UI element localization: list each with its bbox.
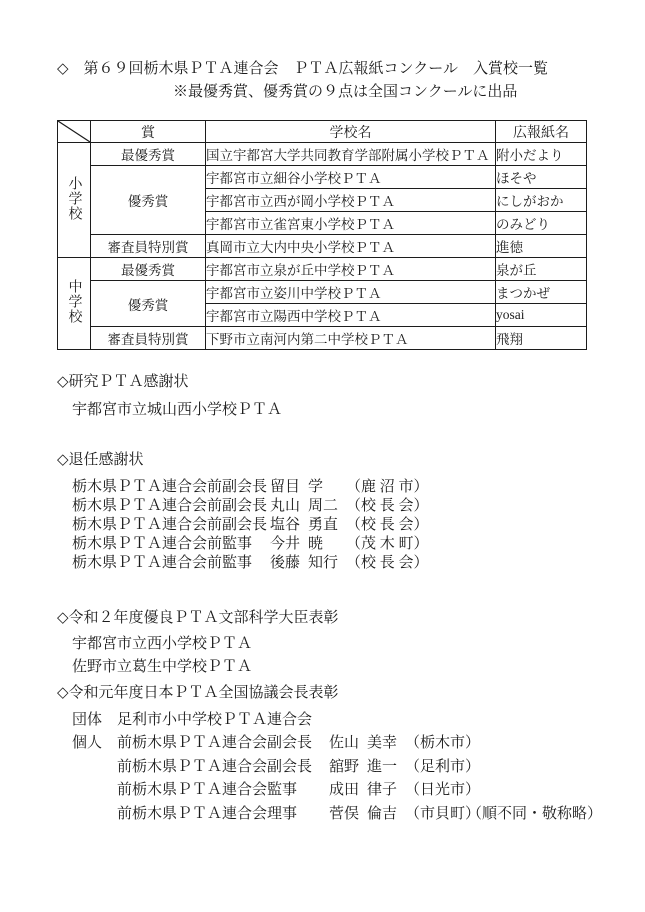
award-cell: 優秀賞 [91, 281, 206, 327]
table-row: 優秀賞 宇都宮市立細谷小学校ＰＴＡ ほそや [58, 166, 587, 189]
entry-affiliation: （校 長 会） [346, 517, 429, 533]
entry-affiliation: （日光市） [405, 782, 480, 798]
school-name-cell: 真岡市立大内中央小学校ＰＴＡ [206, 235, 496, 258]
document-page: ◇ 第６９回栃木県ＰＴＡ連合会 ＰＴＡ広報紙コンクール 入賞校一覧 ※最優秀賞、… [0, 0, 645, 912]
entry-affiliation: （鹿 沼 市） [346, 479, 429, 495]
newsletter-name-cell: 附小だより [496, 143, 587, 166]
entry-surname: 今井 [270, 535, 308, 554]
page-subtitle: ※最優秀賞、優秀賞の９点は全国コンクールに出品 [173, 81, 548, 104]
recipient: 佐野市立葛生中学校ＰＴＡ [72, 656, 339, 679]
entry-given-name: 美幸 [367, 732, 405, 755]
award-cell: 最優秀賞 [91, 258, 206, 281]
awards-table: 賞 学校名 広報紙名 小学校 最優秀賞 国立宇都宮大学共同教育学部附属小学校ＰＴ… [57, 120, 587, 350]
column-header-school: 学校名 [206, 121, 496, 143]
entry-given-name: 知行 [308, 554, 346, 573]
individual-entry: 前栃木県ＰＴＡ連合会副会長舘野進一（足利市） [72, 756, 480, 779]
retirement-entry: 栃木県ＰＴＡ連合会前副会長塩谷勇直（校 長 会） [72, 516, 429, 535]
entry-role: 前栃木県ＰＴＡ連合会副会長 [117, 732, 329, 755]
section-heading: ◇研究ＰＴＡ感謝状 [57, 372, 282, 392]
entry-surname: 菅俣 [329, 803, 367, 826]
entry-affiliation: （茂 木 町） [346, 536, 429, 552]
recipient: 宇都宮市立城山西小学校ＰＴＡ [72, 399, 282, 421]
recipient: 宇都宮市立西小学校ＰＴＡ [72, 633, 339, 656]
entry-given-name: 倫吉 [367, 803, 405, 826]
section-retirement: ◇退任感謝状 栃木県ＰＴＡ連合会前副会長留目学（鹿 沼 市） 栃木県ＰＴＡ連合会… [57, 450, 429, 573]
entry-surname: 留目 [270, 478, 308, 497]
newsletter-name-cell: のみどり [496, 212, 587, 235]
recipient: 足利市小中学校ＰＴＡ連合会 [117, 712, 312, 728]
table-row: 審査員特別賞 下野市立南河内第二中学校ＰＴＡ 飛翔 [58, 327, 587, 350]
group-recipient-row: 団体足利市小中学校ＰＴＡ連合会 [72, 709, 480, 732]
title-block: ◇ 第６９回栃木県ＰＴＡ連合会 ＰＴＡ広報紙コンクール 入賞校一覧 ※最優秀賞、… [57, 58, 548, 104]
award-cell: 優秀賞 [91, 166, 206, 235]
award-cell: 審査員特別賞 [91, 327, 206, 350]
newsletter-name-cell: 進徳 [496, 235, 587, 258]
order-disclaimer: （順不同・敬称略） [467, 803, 602, 826]
award-cell: 最優秀賞 [91, 143, 206, 166]
section-heading: ◇令和元年度日本ＰＴＡ全国協議会長表彰 [57, 683, 480, 703]
newsletter-name-cell: まつかぜ [496, 281, 587, 304]
entry-given-name: 周二 [308, 497, 346, 516]
newsletter-name-cell: にしがおか [496, 189, 587, 212]
entry-surname: 佐山 [329, 732, 367, 755]
table-row: 審査員特別賞 真岡市立大内中央小学校ＰＴＡ 進徳 [58, 235, 587, 258]
section-heading: ◇令和２年度優良ＰＴＡ文部科学大臣表彰 [57, 608, 339, 628]
entry-affiliation: （校 長 会） [346, 498, 429, 514]
school-name-cell: 宇都宮市立泉が丘中学校ＰＴＡ [206, 258, 496, 281]
entry-role: 栃木県ＰＴＡ連合会前監事 [72, 554, 270, 573]
school-level-label: 小学校 [67, 176, 82, 221]
newsletter-name-cell: ほそや [496, 166, 587, 189]
column-header-newsletter: 広報紙名 [496, 121, 587, 143]
table-corner-cell [58, 121, 91, 143]
entry-given-name: 学 [308, 478, 346, 497]
individual-entry: 前栃木県ＰＴＡ連合会監事成田律子（日光市） [72, 779, 480, 802]
entry-given-name: 勇直 [308, 516, 346, 535]
table-row: 小学校 最優秀賞 国立宇都宮大学共同教育学部附属小学校ＰＴＡ 附小だより [58, 143, 587, 166]
entry-role: 栃木県ＰＴＡ連合会前監事 [72, 535, 270, 554]
newsletter-name-cell: yosai [496, 304, 587, 327]
table-row: 優秀賞 宇都宮市立姿川中学校ＰＴＡ まつかぜ [58, 281, 587, 304]
individual-entry: 個人前栃木県ＰＴＡ連合会副会長佐山美幸（栃木市） [72, 732, 480, 755]
school-level-label: 中学校 [67, 279, 82, 324]
page-title: ◇ 第６９回栃木県ＰＴＡ連合会 ＰＴＡ広報紙コンクール 入賞校一覧 [57, 58, 548, 81]
entry-affiliation: （足利市） [405, 759, 480, 775]
entry-given-name: 暁 [308, 535, 346, 554]
entry-given-name: 進一 [367, 756, 405, 779]
newsletter-name-cell: 泉が丘 [496, 258, 587, 281]
table-row: 中学校 最優秀賞 宇都宮市立泉が丘中学校ＰＴＡ 泉が丘 [58, 258, 587, 281]
table-header-row: 賞 学校名 広報紙名 [58, 121, 587, 143]
entry-surname: 成田 [329, 779, 367, 802]
diagonal-line-icon [58, 121, 90, 142]
retirement-entry: 栃木県ＰＴＡ連合会前監事後藤知行（校 長 会） [72, 554, 429, 573]
category-label: 個人 [72, 732, 117, 755]
entry-role: 栃木県ＰＴＡ連合会前副会長 [72, 516, 270, 535]
award-cell: 審査員特別賞 [91, 235, 206, 258]
entry-role: 前栃木県ＰＴＡ連合会監事 [117, 779, 329, 802]
school-name-cell: 下野市立南河内第二中学校ＰＴＡ [206, 327, 496, 350]
school-name-cell: 宇都宮市立姿川中学校ＰＴＡ [206, 281, 496, 304]
section-mext-commendation: ◇令和２年度優良ＰＴＡ文部科学大臣表彰 宇都宮市立西小学校ＰＴＡ 佐野市立葛生中… [57, 608, 339, 679]
school-level-cell: 中学校 [58, 258, 91, 350]
category-label: 団体 [72, 709, 117, 732]
section-research-pta: ◇研究ＰＴＡ感謝状 宇都宮市立城山西小学校ＰＴＡ [57, 372, 282, 421]
entry-role: 栃木県ＰＴＡ連合会前副会長 [72, 497, 270, 516]
entry-surname: 塩谷 [270, 516, 308, 535]
entry-role: 栃木県ＰＴＡ連合会前副会長 [72, 478, 270, 497]
entry-role: 前栃木県ＰＴＡ連合会理事 [117, 803, 329, 826]
school-name-cell: 国立宇都宮大学共同教育学部附属小学校ＰＴＡ [206, 143, 496, 166]
newsletter-name-cell: 飛翔 [496, 327, 587, 350]
entry-surname: 舘野 [329, 756, 367, 779]
entry-surname: 後藤 [270, 554, 308, 573]
section-national-commendation: ◇令和元年度日本ＰＴＡ全国協議会長表彰 団体足利市小中学校ＰＴＡ連合会 個人前栃… [57, 683, 480, 826]
entry-affiliation: （校 長 会） [346, 555, 429, 571]
retirement-entry: 栃木県ＰＴＡ連合会前副会長留目学（鹿 沼 市） [72, 478, 429, 497]
entry-surname: 丸山 [270, 497, 308, 516]
individual-entry: 前栃木県ＰＴＡ連合会理事菅俣倫吉（市貝町）（順不同・敬称略） [72, 803, 480, 826]
entry-affiliation: （栃木市） [405, 735, 480, 751]
entry-given-name: 律子 [367, 779, 405, 802]
retirement-entry: 栃木県ＰＴＡ連合会前監事今井暁（茂 木 町） [72, 535, 429, 554]
school-level-cell: 小学校 [58, 143, 91, 258]
school-name-cell: 宇都宮市立西が岡小学校ＰＴＡ [206, 189, 496, 212]
section-heading: ◇退任感謝状 [57, 450, 429, 470]
school-name-cell: 宇都宮市立細谷小学校ＰＴＡ [206, 166, 496, 189]
entry-role: 前栃木県ＰＴＡ連合会副会長 [117, 756, 329, 779]
retirement-entry: 栃木県ＰＴＡ連合会前副会長丸山周二（校 長 会） [72, 497, 429, 516]
column-header-award: 賞 [91, 121, 206, 143]
school-name-cell: 宇都宮市立雀宮東小学校ＰＴＡ [206, 212, 496, 235]
school-name-cell: 宇都宮市立陽西中学校ＰＴＡ [206, 304, 496, 327]
